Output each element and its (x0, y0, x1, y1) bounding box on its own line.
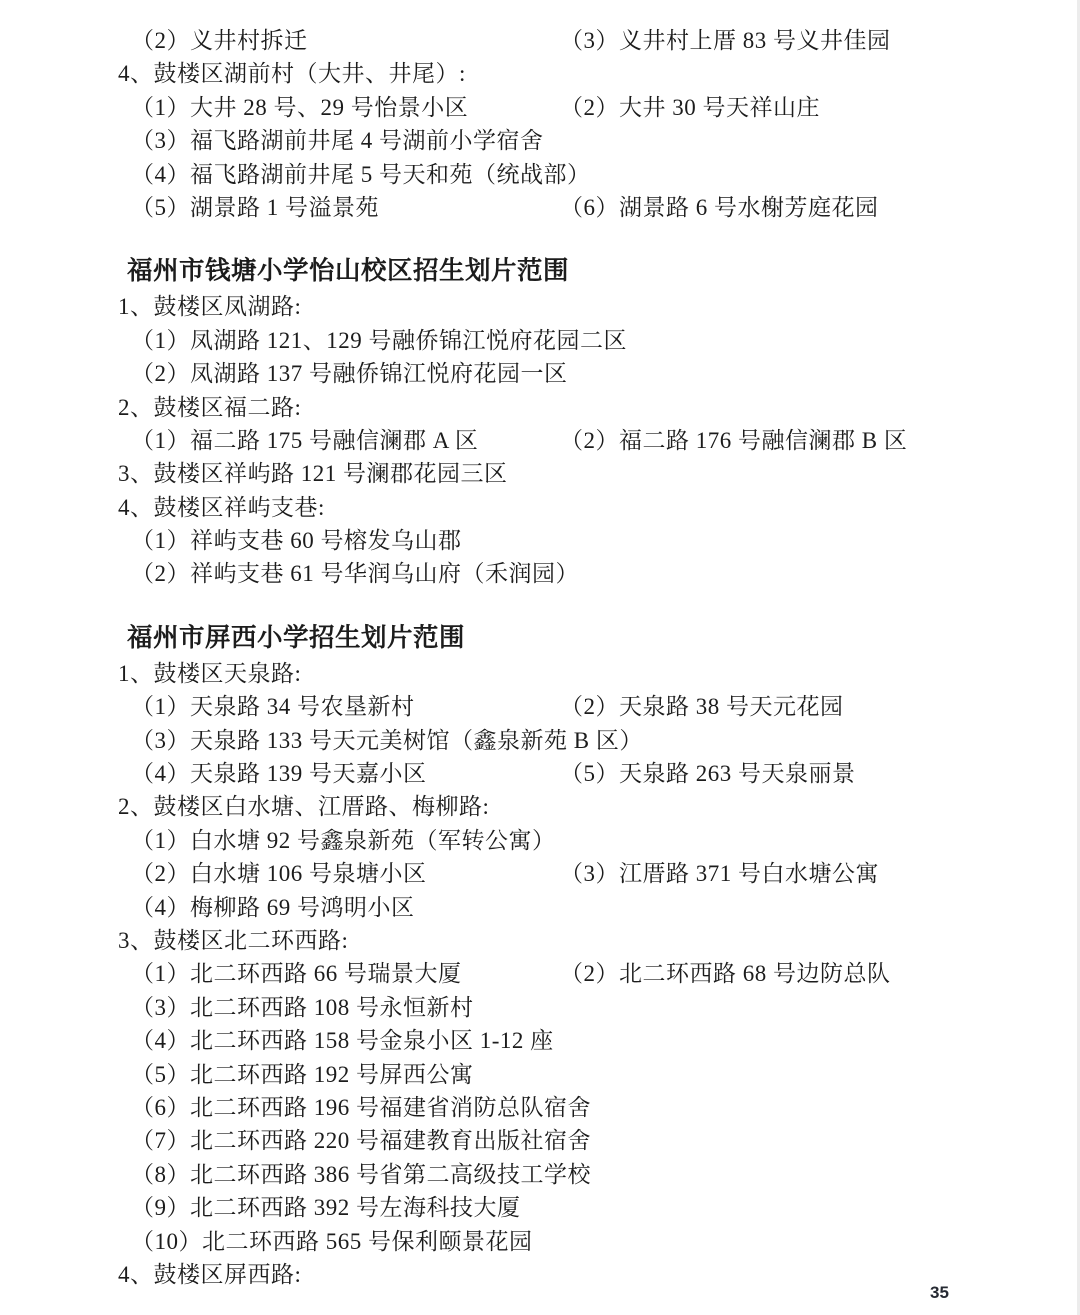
document-line: （1）白水塘 92 号鑫泉新苑（军转公寓） (0, 824, 1080, 857)
document-body: （2）义井村拆迁（3）义井村上厝 83 号义井佳园4、鼓楼区湖前村（大井、井尾）… (0, 24, 1080, 1291)
document-line: （4）天泉路 139 号天嘉小区（5）天泉路 263 号天泉丽景 (0, 757, 1080, 790)
document-line: （8）北二环西路 386 号省第二高级技工学校 (0, 1158, 1080, 1191)
document-line: （10）北二环西路 565 号保利颐景花园 (0, 1225, 1080, 1258)
document-line: （1）大井 28 号、29 号怡景小区（2）大井 30 号天祥山庄 (0, 91, 1080, 124)
document-line: （9）北二环西路 392 号左海科技大厦 (0, 1191, 1080, 1224)
document-line: （3）北二环西路 108 号永恒新村 (0, 991, 1080, 1024)
line-col1: （1）福二路 175 号融信澜郡 A 区 (131, 428, 478, 453)
document-line: （6）北二环西路 196 号福建省消防总队宿舍 (0, 1091, 1080, 1124)
document-line: （2）凤湖路 137 号融侨锦江悦府花园一区 (0, 357, 1080, 390)
page-number: 35 (930, 1283, 949, 1303)
document-line: （1）北二环西路 66 号瑞景大厦（2）北二环西路 68 号边防总队 (0, 957, 1080, 990)
document-line: 3、鼓楼区祥屿路 121 号澜郡花园三区 (0, 457, 1080, 490)
document-line: （2）祥屿支巷 61 号华润乌山府（禾润园） (0, 557, 1080, 590)
line-col2: （3）江厝路 371 号白水塘公寓 (560, 857, 879, 890)
line-col1: （1）大井 28 号、29 号怡景小区 (131, 95, 468, 120)
document-line: 1、鼓楼区天泉路: (0, 657, 1080, 690)
document-line: （4）福飞路湖前井尾 5 号天和苑（统战部） (0, 158, 1080, 191)
document-line: （1）福二路 175 号融信澜郡 A 区（2）福二路 176 号融信澜郡 B 区 (0, 424, 1080, 457)
document-line: （1）凤湖路 121、129 号融侨锦江悦府花园二区 (0, 324, 1080, 357)
document-page: （2）义井村拆迁（3）义井村上厝 83 号义井佳园4、鼓楼区湖前村（大井、井尾）… (0, 0, 1080, 1315)
line-col2: （3）义井村上厝 83 号义井佳园 (560, 24, 891, 57)
section-heading: 福州市屏西小学招生划片范围 (0, 618, 1080, 657)
document-line: 4、鼓楼区祥屿支巷: (0, 491, 1080, 524)
section-heading: 福州市钱塘小学怡山校区招生划片范围 (0, 251, 1080, 290)
line-col1: （4）天泉路 139 号天嘉小区 (131, 761, 427, 786)
document-line: （2）白水塘 106 号泉塘小区（3）江厝路 371 号白水塘公寓 (0, 857, 1080, 890)
line-col2: （2）福二路 176 号融信澜郡 B 区 (560, 424, 907, 457)
line-col1: （2）义井村拆迁 (131, 28, 308, 53)
line-col2: （2）天泉路 38 号天元花园 (560, 690, 844, 723)
document-line: 2、鼓楼区白水塘、江厝路、梅柳路: (0, 790, 1080, 823)
line-col2: （2）北二环西路 68 号边防总队 (560, 957, 891, 990)
line-col1: （2）白水塘 106 号泉塘小区 (131, 861, 427, 886)
document-line: 2、鼓楼区福二路: (0, 391, 1080, 424)
document-line: （2）义井村拆迁（3）义井村上厝 83 号义井佳园 (0, 24, 1080, 57)
line-col2: （5）天泉路 263 号天泉丽景 (560, 757, 856, 790)
document-line: （3）福飞路湖前井尾 4 号湖前小学宿舍 (0, 124, 1080, 157)
document-line: （5）北二环西路 192 号屏西公寓 (0, 1058, 1080, 1091)
document-line: 1、鼓楼区凤湖路: (0, 290, 1080, 323)
document-line: 3、鼓楼区北二环西路: (0, 924, 1080, 957)
document-line: 4、鼓楼区屏西路: (0, 1258, 1080, 1291)
document-line: （5）湖景路 1 号溢景苑（6）湖景路 6 号水榭芳庭花园 (0, 191, 1080, 224)
line-col1: （1）北二环西路 66 号瑞景大厦 (131, 961, 462, 986)
line-col1: （5）湖景路 1 号溢景苑 (131, 195, 379, 220)
document-line: （4）北二环西路 158 号金泉小区 1-12 座 (0, 1024, 1080, 1057)
document-line: 4、鼓楼区湖前村（大井、井尾）: (0, 57, 1080, 90)
document-line: （1）祥屿支巷 60 号榕发乌山郡 (0, 524, 1080, 557)
line-col2: （6）湖景路 6 号水榭芳庭花园 (560, 191, 879, 224)
document-line: （4）梅柳路 69 号鸿明小区 (0, 891, 1080, 924)
line-col1: （1）天泉路 34 号农垦新村 (131, 694, 415, 719)
line-col2: （2）大井 30 号天祥山庄 (560, 91, 820, 124)
document-line: （3）天泉路 133 号天元美树馆（鑫泉新苑 B 区） (0, 724, 1080, 757)
document-line: （1）天泉路 34 号农垦新村（2）天泉路 38 号天元花园 (0, 690, 1080, 723)
document-line: （7）北二环西路 220 号福建教育出版社宿舍 (0, 1124, 1080, 1157)
